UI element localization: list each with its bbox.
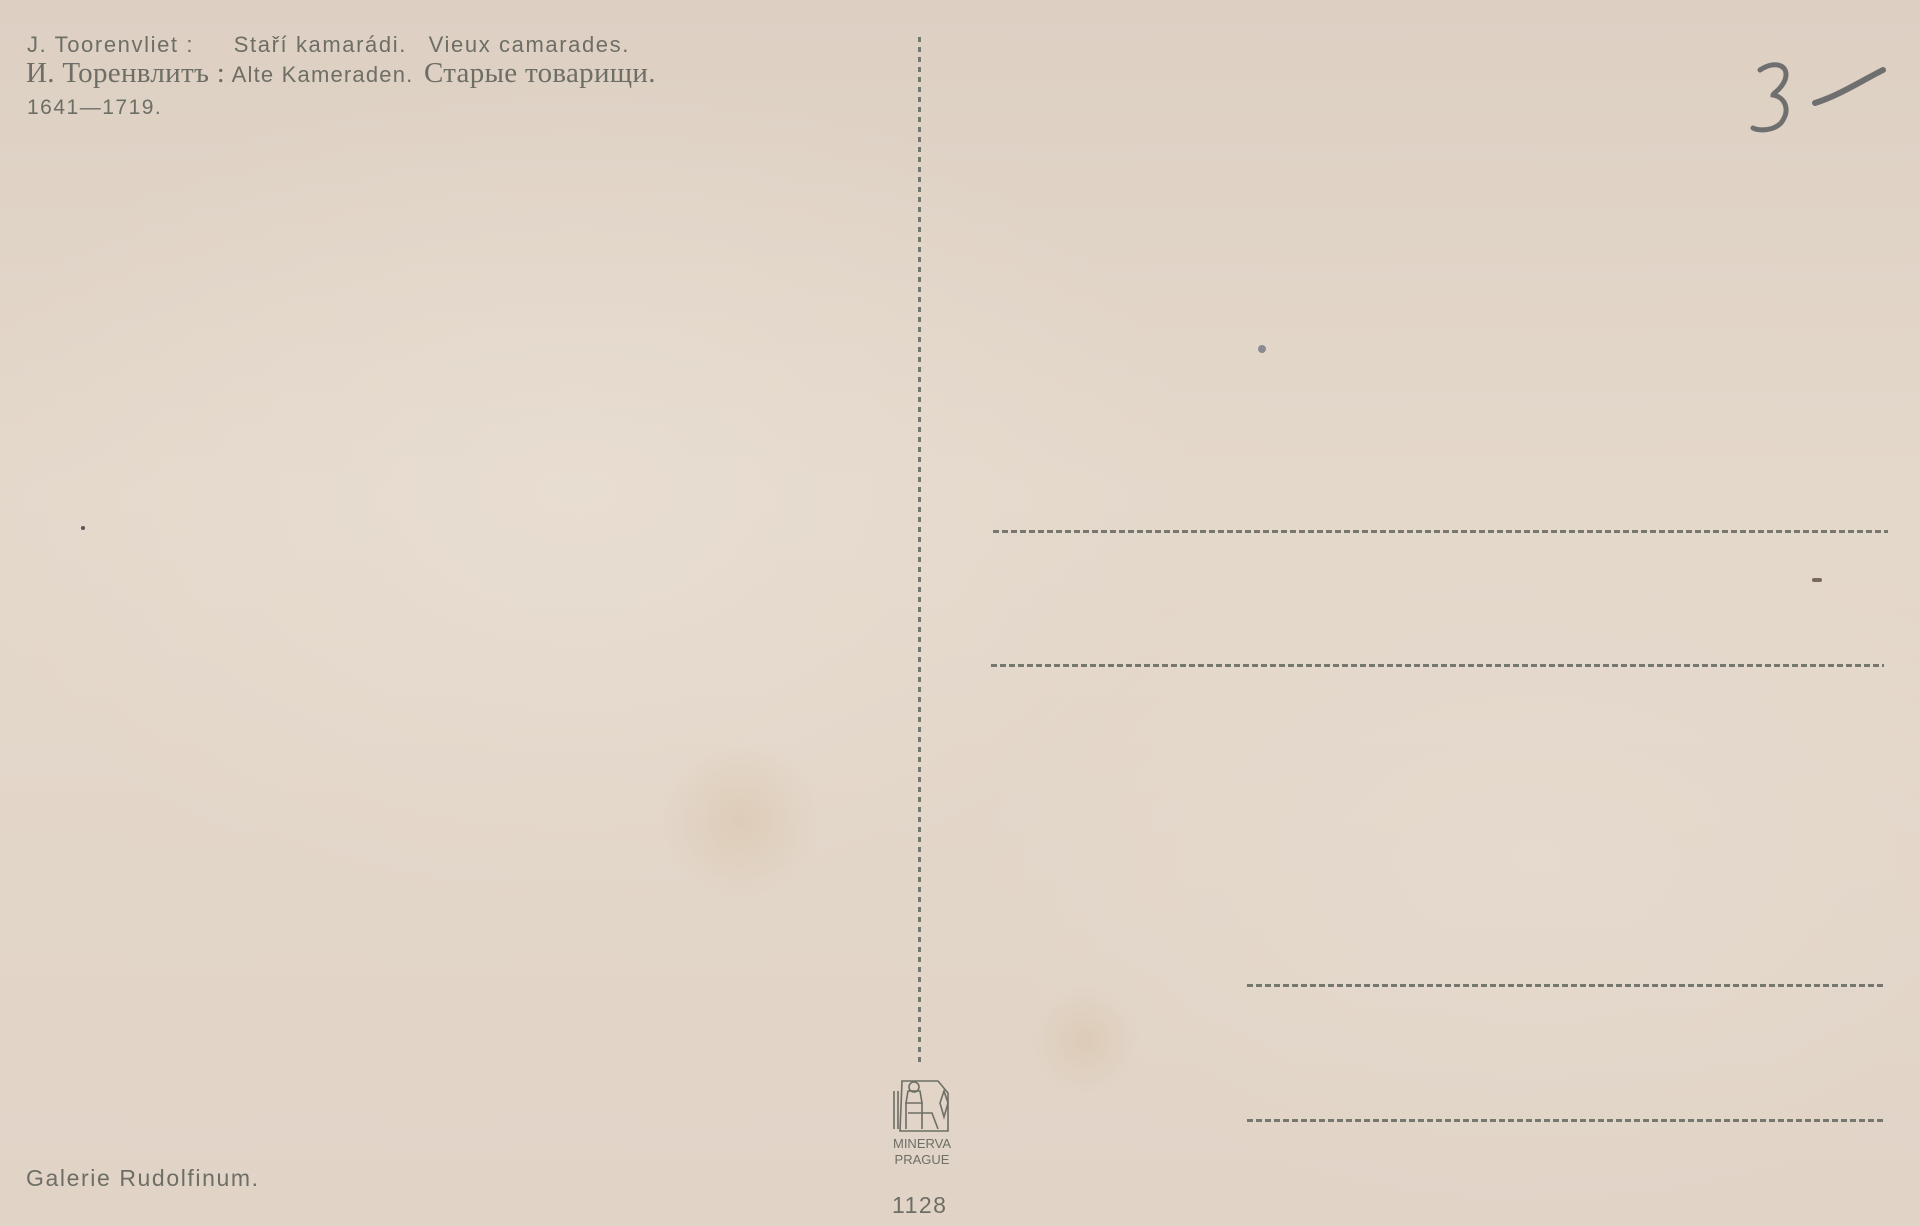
artist-dates: 1641—1719. (27, 96, 162, 120)
svg-text:PRAGUE: PRAGUE (895, 1152, 950, 1167)
gallery-name: Galerie Rudolfinum. (26, 1165, 260, 1192)
artist-name-russian: И. Торенвлитъ : (26, 57, 225, 89)
handwritten-price-mark: 3.- (1745, 55, 1895, 145)
artist-name: J. Toorenvliet : (27, 32, 194, 57)
paper-speck (1812, 578, 1822, 582)
paper-speck (1258, 345, 1266, 353)
svg-text:MINERVA: MINERVA (893, 1136, 951, 1151)
caption-line-2: И. Торенвлитъ : Alte Kameraden. Старые т… (26, 57, 656, 90)
paper-speck (81, 526, 85, 530)
caption-line-1: J. Toorenvliet : Staří kamarádi. Vieux c… (27, 32, 630, 58)
address-line-1 (993, 530, 1888, 533)
title-french: Vieux camarades. (429, 32, 630, 57)
address-line-3 (1247, 984, 1885, 987)
title-german: Alte Kameraden. (232, 62, 414, 87)
card-number: 1128 (892, 1192, 947, 1219)
address-line-2 (991, 664, 1884, 667)
minerva-figure-icon: MINERVA PRAGUE (888, 1073, 956, 1173)
title-czech: Staří kamarádi. (234, 32, 407, 57)
vertical-divider (918, 37, 921, 1062)
paper-stain (1030, 985, 1140, 1095)
paper-stain (660, 740, 820, 900)
title-russian: Старые товарищи. (424, 57, 656, 89)
address-line-4 (1247, 1119, 1885, 1122)
